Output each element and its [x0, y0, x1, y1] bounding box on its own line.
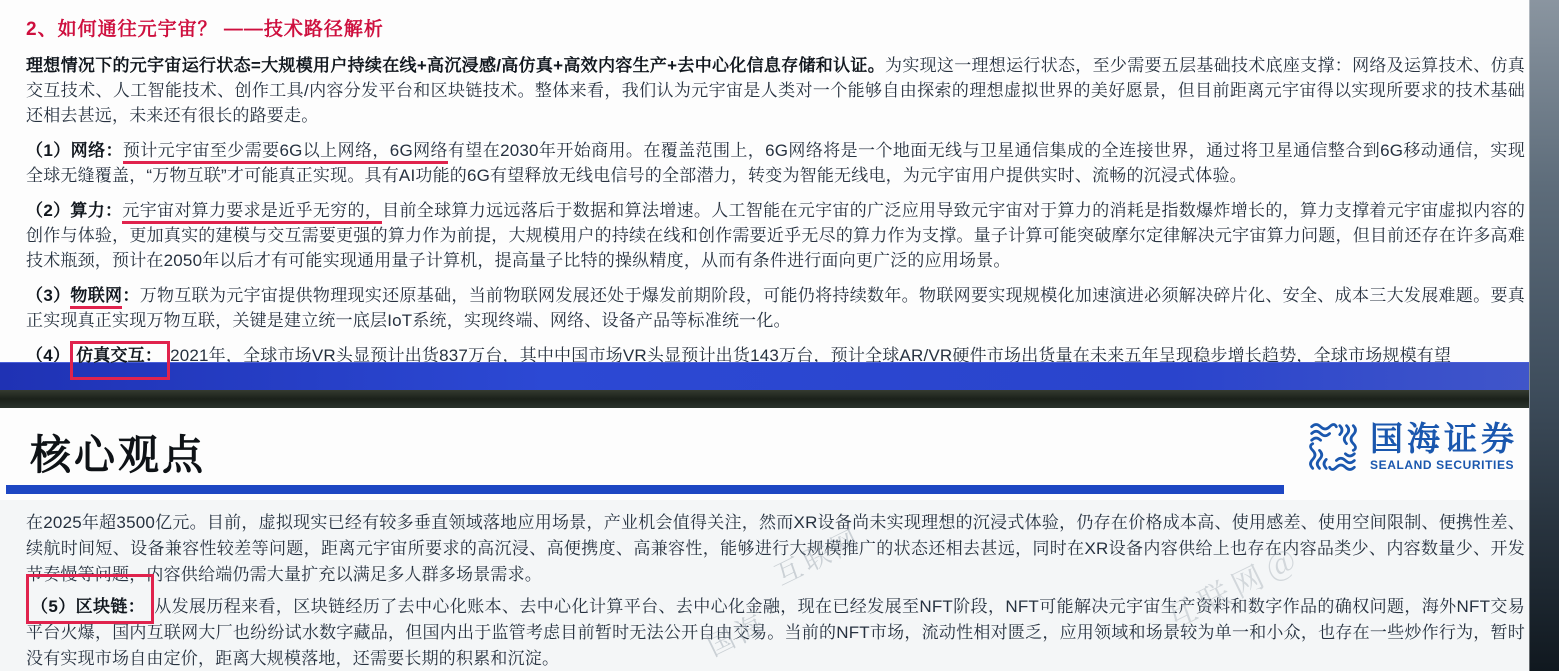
slide1-title: 2、如何通往元宇宙？ ——技术路径解析 [26, 14, 1525, 41]
slide2-body: 在2025年超3500亿元。目前，虚拟现实已经有较多垂直领域落地应用场景，产业机… [0, 500, 1559, 671]
section-network: （1）网络：预计元宇宙至少需要6G以上网络，6G网络有望在2030年开始商用。在… [26, 138, 1525, 188]
section-blockchain: （5）区块链：从发展历程来看，区块链经历了去中心化账本、去中心化计算平台、去中心… [26, 594, 1525, 671]
section-iot: （3）物联网：万物互联为元宇宙提供物理现实还原基础，当前物联网发展还处于爆发前期… [26, 283, 1525, 333]
heading-rule [6, 485, 1284, 494]
slide2-title: 核心观点 [30, 422, 206, 481]
screen-edge-shadow [1529, 0, 1559, 671]
section-computing-underlined-text: 元宇宙对算力要求是近乎无穷的， [122, 201, 382, 224]
section-iot-text: 万物互联为元宇宙提供物理现实还原基础，当前物联网发展还处于爆发前期阶段，可能仍将… [26, 286, 1525, 330]
section-computing-label: （2）算力： [26, 201, 122, 220]
report-screenshot: 2、如何通往元宇宙？ ——技术路径解析 理想情况下的元宇宙运行状态=大规模用户持… [0, 0, 1559, 671]
sealand-logo-en: SEALAND SECURITIES [1370, 458, 1518, 472]
sealand-logo-cn: 国海证券 [1370, 422, 1518, 456]
section-iot-underlined-label: 物联网 [70, 286, 122, 309]
section-blockchain-boxed-label: （5）区块链： [26, 574, 154, 624]
sealand-logo: 国海证券 SEALAND SECURITIES [1306, 420, 1518, 474]
slides-separator [0, 390, 1559, 408]
slide1-footer-bar [0, 362, 1559, 390]
sealand-wave-icon [1306, 420, 1360, 474]
core-view-paragraph: 在2025年超3500亿元。目前，虚拟现实已经有较多垂直领域落地应用场景，产业机… [26, 510, 1525, 588]
section-iot-prefix: （3） [26, 286, 70, 305]
intro-bold-sentence: 理想情况下的元宇宙运行状态=大规模用户持续在线+高沉浸感/高仿真+高效内容生产+… [26, 56, 885, 75]
slide2-header: 核心观点 国海证券 SEA [0, 408, 1559, 500]
section-simulation-boxed-label: 仿真交互： [70, 341, 170, 380]
slide-core-views: 核心观点 国海证券 SEA [0, 408, 1559, 671]
section-iot-colon: ： [122, 286, 139, 305]
slide-tech-path: 2、如何通往元宇宙？ ——技术路径解析 理想情况下的元宇宙运行状态=大规模用户持… [0, 0, 1559, 390]
section-computing: （2）算力：元宇宙对算力要求是近乎无穷的，目前全球算力远远落后于数据和算法增速。… [26, 198, 1525, 273]
section-network-underlined-text: 预计元宇宙至少需要6G以上网络，6G网络 [123, 141, 448, 164]
intro-paragraph: 理想情况下的元宇宙运行状态=大规模用户持续在线+高沉浸感/高仿真+高效内容生产+… [26, 53, 1525, 128]
section-blockchain-text: 从发展历程来看，区块链经历了去中心化账本、去中心化计算平台、去中心化金融，现在已… [26, 597, 1525, 668]
sealand-logo-text: 国海证券 SEALAND SECURITIES [1370, 422, 1518, 472]
section-network-label: （1）网络： [26, 141, 123, 160]
